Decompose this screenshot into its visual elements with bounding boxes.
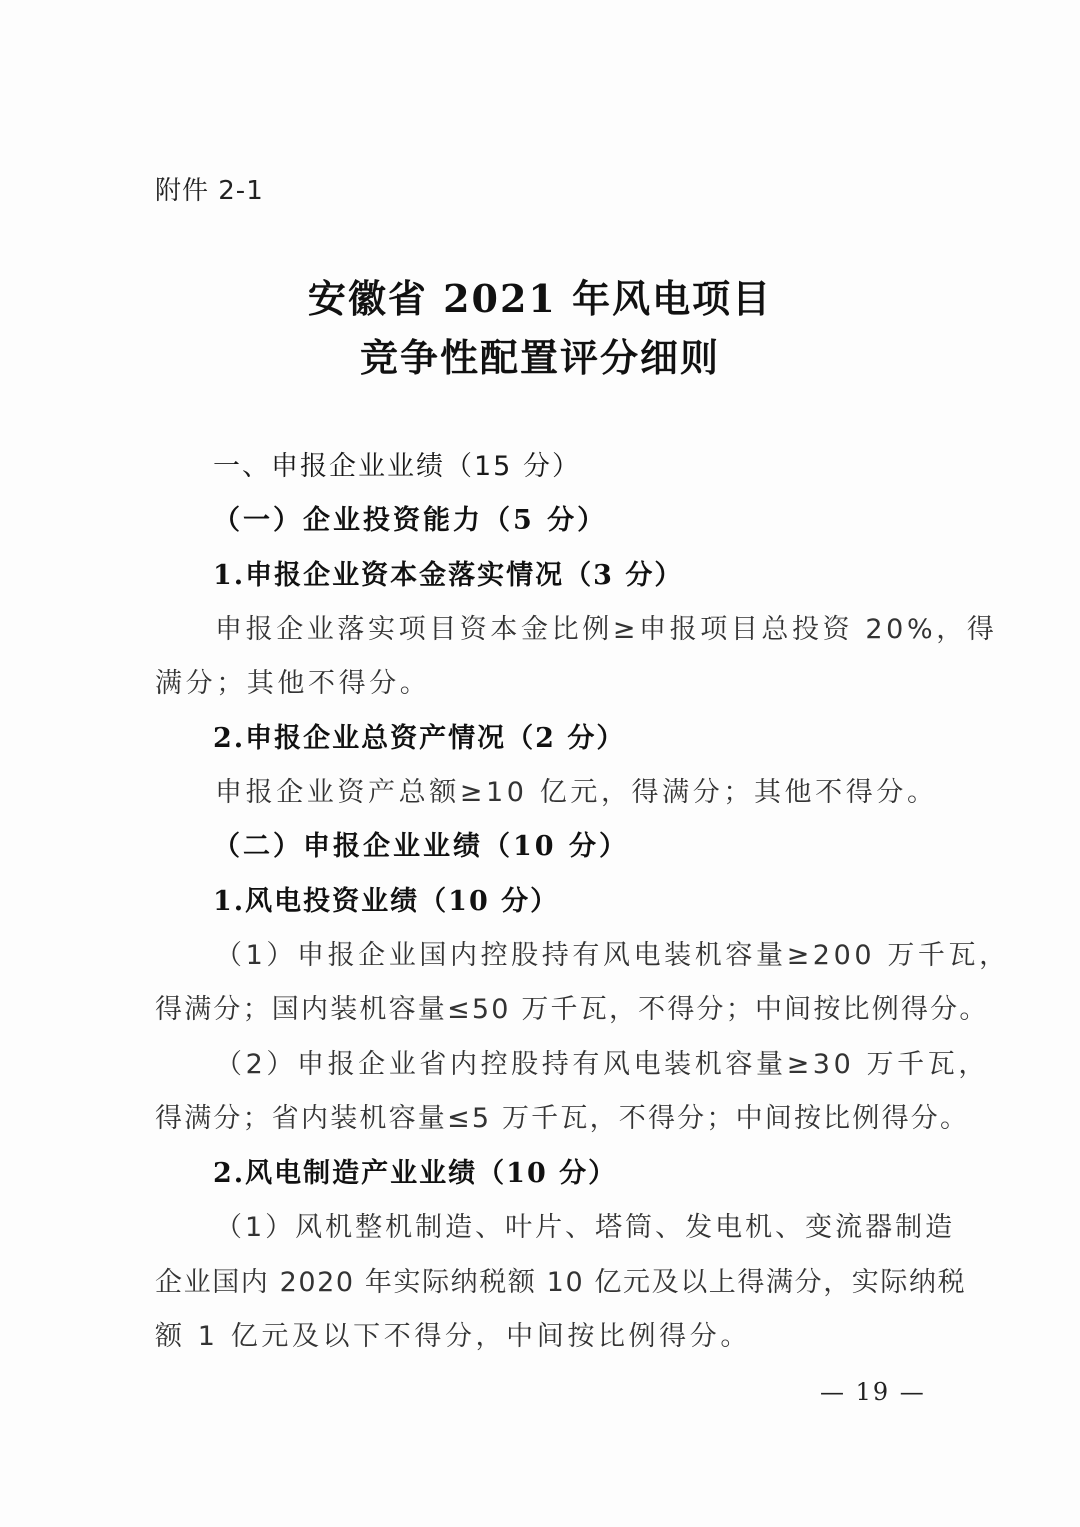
paragraph-manufacturing-line-2: 企业国内 2020 年实际纳税额 10 亿元及以上得满分，实际纳税 (155, 1260, 966, 1299)
paragraph-manufacturing-line-3: 额 1 亿元及以下不得分，中间按比例得分。 (155, 1314, 751, 1353)
page-number: — 19 — (820, 1378, 926, 1406)
paragraph-capital-line-1: 申报企业落实项目资本金比例≥申报项目总投资 20%，得 (215, 607, 997, 646)
paragraph-provincial-capacity-line-2: 得满分；省内装机容量≤5 万千瓦，不得分；中间按比例得分。 (155, 1096, 969, 1135)
paragraph-domestic-capacity-line-1: （1）申报企业国内控股持有风电装机容量≥200 万千瓦， (215, 933, 1010, 972)
document-page: 附件 2-1 安徽省 2021 年风电项目 竞争性配置评分细则 一、申报企业业绩… (0, 0, 1080, 1527)
item-heading-total-assets: 2.申报企业总资产情况（2 分） (213, 716, 625, 755)
document-title-line-1: 安徽省 2021 年风电项目 (0, 268, 1080, 323)
paragraph-manufacturing-line-1: （1）风机整机制造、叶片、塔筒、发电机、变流器制造 (215, 1205, 955, 1244)
subsection-heading-1-1: （一）企业投资能力（5 分） (213, 498, 607, 537)
item-heading-capital: 1.申报企业资本金落实情况（3 分） (213, 553, 683, 592)
paragraph-total-assets: 申报企业资产总额≥10 亿元，得满分；其他不得分。 (215, 770, 938, 809)
subsection-heading-1-2: （二）申报企业业绩（10 分） (213, 824, 629, 863)
annex-label: 附件 2-1 (155, 170, 264, 207)
paragraph-domestic-capacity-line-2: 得满分；国内装机容量≤50 万千瓦，不得分；中间按比例得分。 (155, 987, 989, 1026)
item-heading-manufacturing: 2.风电制造产业业绩（10 分） (213, 1151, 617, 1190)
document-title-line-2: 竞争性配置评分细则 (0, 327, 1080, 382)
item-heading-wind-investment: 1.风电投资业绩（10 分） (213, 879, 559, 918)
section-heading-1: 一、申报企业业绩（15 分） (213, 444, 581, 483)
paragraph-capital-line-2: 满分；其他不得分。 (155, 661, 430, 700)
paragraph-provincial-capacity-line-1: （2）申报企业省内控股持有风电装机容量≥30 万千瓦， (215, 1042, 989, 1081)
